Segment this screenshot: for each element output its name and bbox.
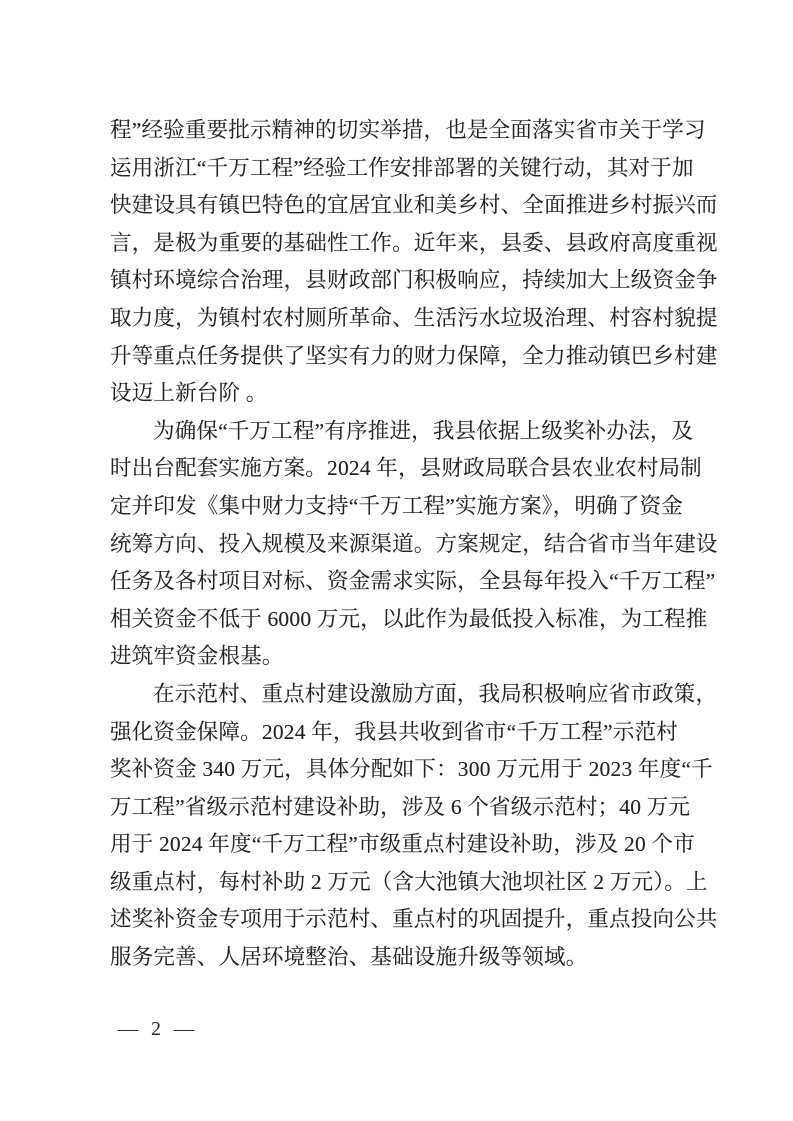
text-line: 奖补资金 340 万元，具体分配如下：300 万元用于 2023 年度“千 [110,751,726,789]
text-line: 任务及各村项目对标、资金需求实际，全县每年投入“千万工程” [110,563,726,601]
text-line: 强化资金保障。2024 年，我县共收到省市“千万工程”示范村 [110,714,726,752]
text-line: 设迈上新台阶 。 [110,375,726,413]
text-line: 统筹方向、投入规模及来源渠道。方案规定，结合省市当年建设 [110,526,726,564]
text-line: 运用浙江“千万工程”经验工作安排部署的关键行动，其对于加 [110,150,726,188]
text-line: 在示范村、重点村建设激励方面，我局积极响应省市政策， [110,676,726,714]
text-line: 相关资金不低于 6000 万元，以此作为最低投入标准，为工程推 [110,601,726,639]
text-line: 程”经验重要批示精神的切实举措，也是全面落实省市关于学习 [110,112,726,150]
text-line: 为确保“千万工程”有序推进，我县依据上级奖补办法，及 [110,413,726,451]
text-line: 时出台配套实施方案。2024 年，县财政局联合县农业农村局制 [110,450,726,488]
text-line: 镇村环境综合治理，县财政部门积极响应，持续加大上级资金争 [110,262,726,300]
paragraph: 程”经验重要批示精神的切实举措，也是全面落实省市关于学习 运用浙江“千万工程”经… [110,112,726,413]
text-line: 服务完善、人居环境整治、基础设施升级等领域。 [110,939,726,977]
text-line: 言，是极为重要的基础性工作。近年来，县委、县政府高度重视 [110,225,726,263]
text-line: 取力度，为镇村农村厕所革命、生活污水垃圾治理、村容村貌提 [110,300,726,338]
text-line: 万工程”省级示范村建设补助，涉及 6 个省级示范村；40 万元 [110,789,726,827]
paragraph: 为确保“千万工程”有序推进，我县依据上级奖补办法，及 时出台配套实施方案。202… [110,413,726,676]
document-body-text: 程”经验重要批示精神的切实举措，也是全面落实省市关于学习 运用浙江“千万工程”经… [110,112,726,977]
document-page: 程”经验重要批示精神的切实举措，也是全面落实省市关于学习 运用浙江“千万工程”经… [0,0,793,1121]
text-line: 快建设具有镇巴特色的宜居宜业和美乡村、全面推进乡村振兴而 [110,187,726,225]
paragraph: 在示范村、重点村建设激励方面，我局积极响应省市政策， 强化资金保障。2024 年… [110,676,726,977]
text-line: 级重点村，每村补助 2 万元（含大池镇大池坝社区 2 万元）。上 [110,864,726,902]
text-line: 进筑牢资金根基。 [110,638,726,676]
text-line: 述奖补资金专项用于示范村、重点村的巩固提升，重点投向公共 [110,901,726,939]
text-line: 用于 2024 年度“千万工程”市级重点村建设补助，涉及 20 个市 [110,826,726,864]
text-line: 定并印发《集中财力支持“千万工程”实施方案》，明确了资金 [110,488,726,526]
text-line: 升等重点任务提供了坚实有力的财力保障，全力推动镇巴乡村建 [110,338,726,376]
page-number: — 2 — [118,1018,198,1041]
